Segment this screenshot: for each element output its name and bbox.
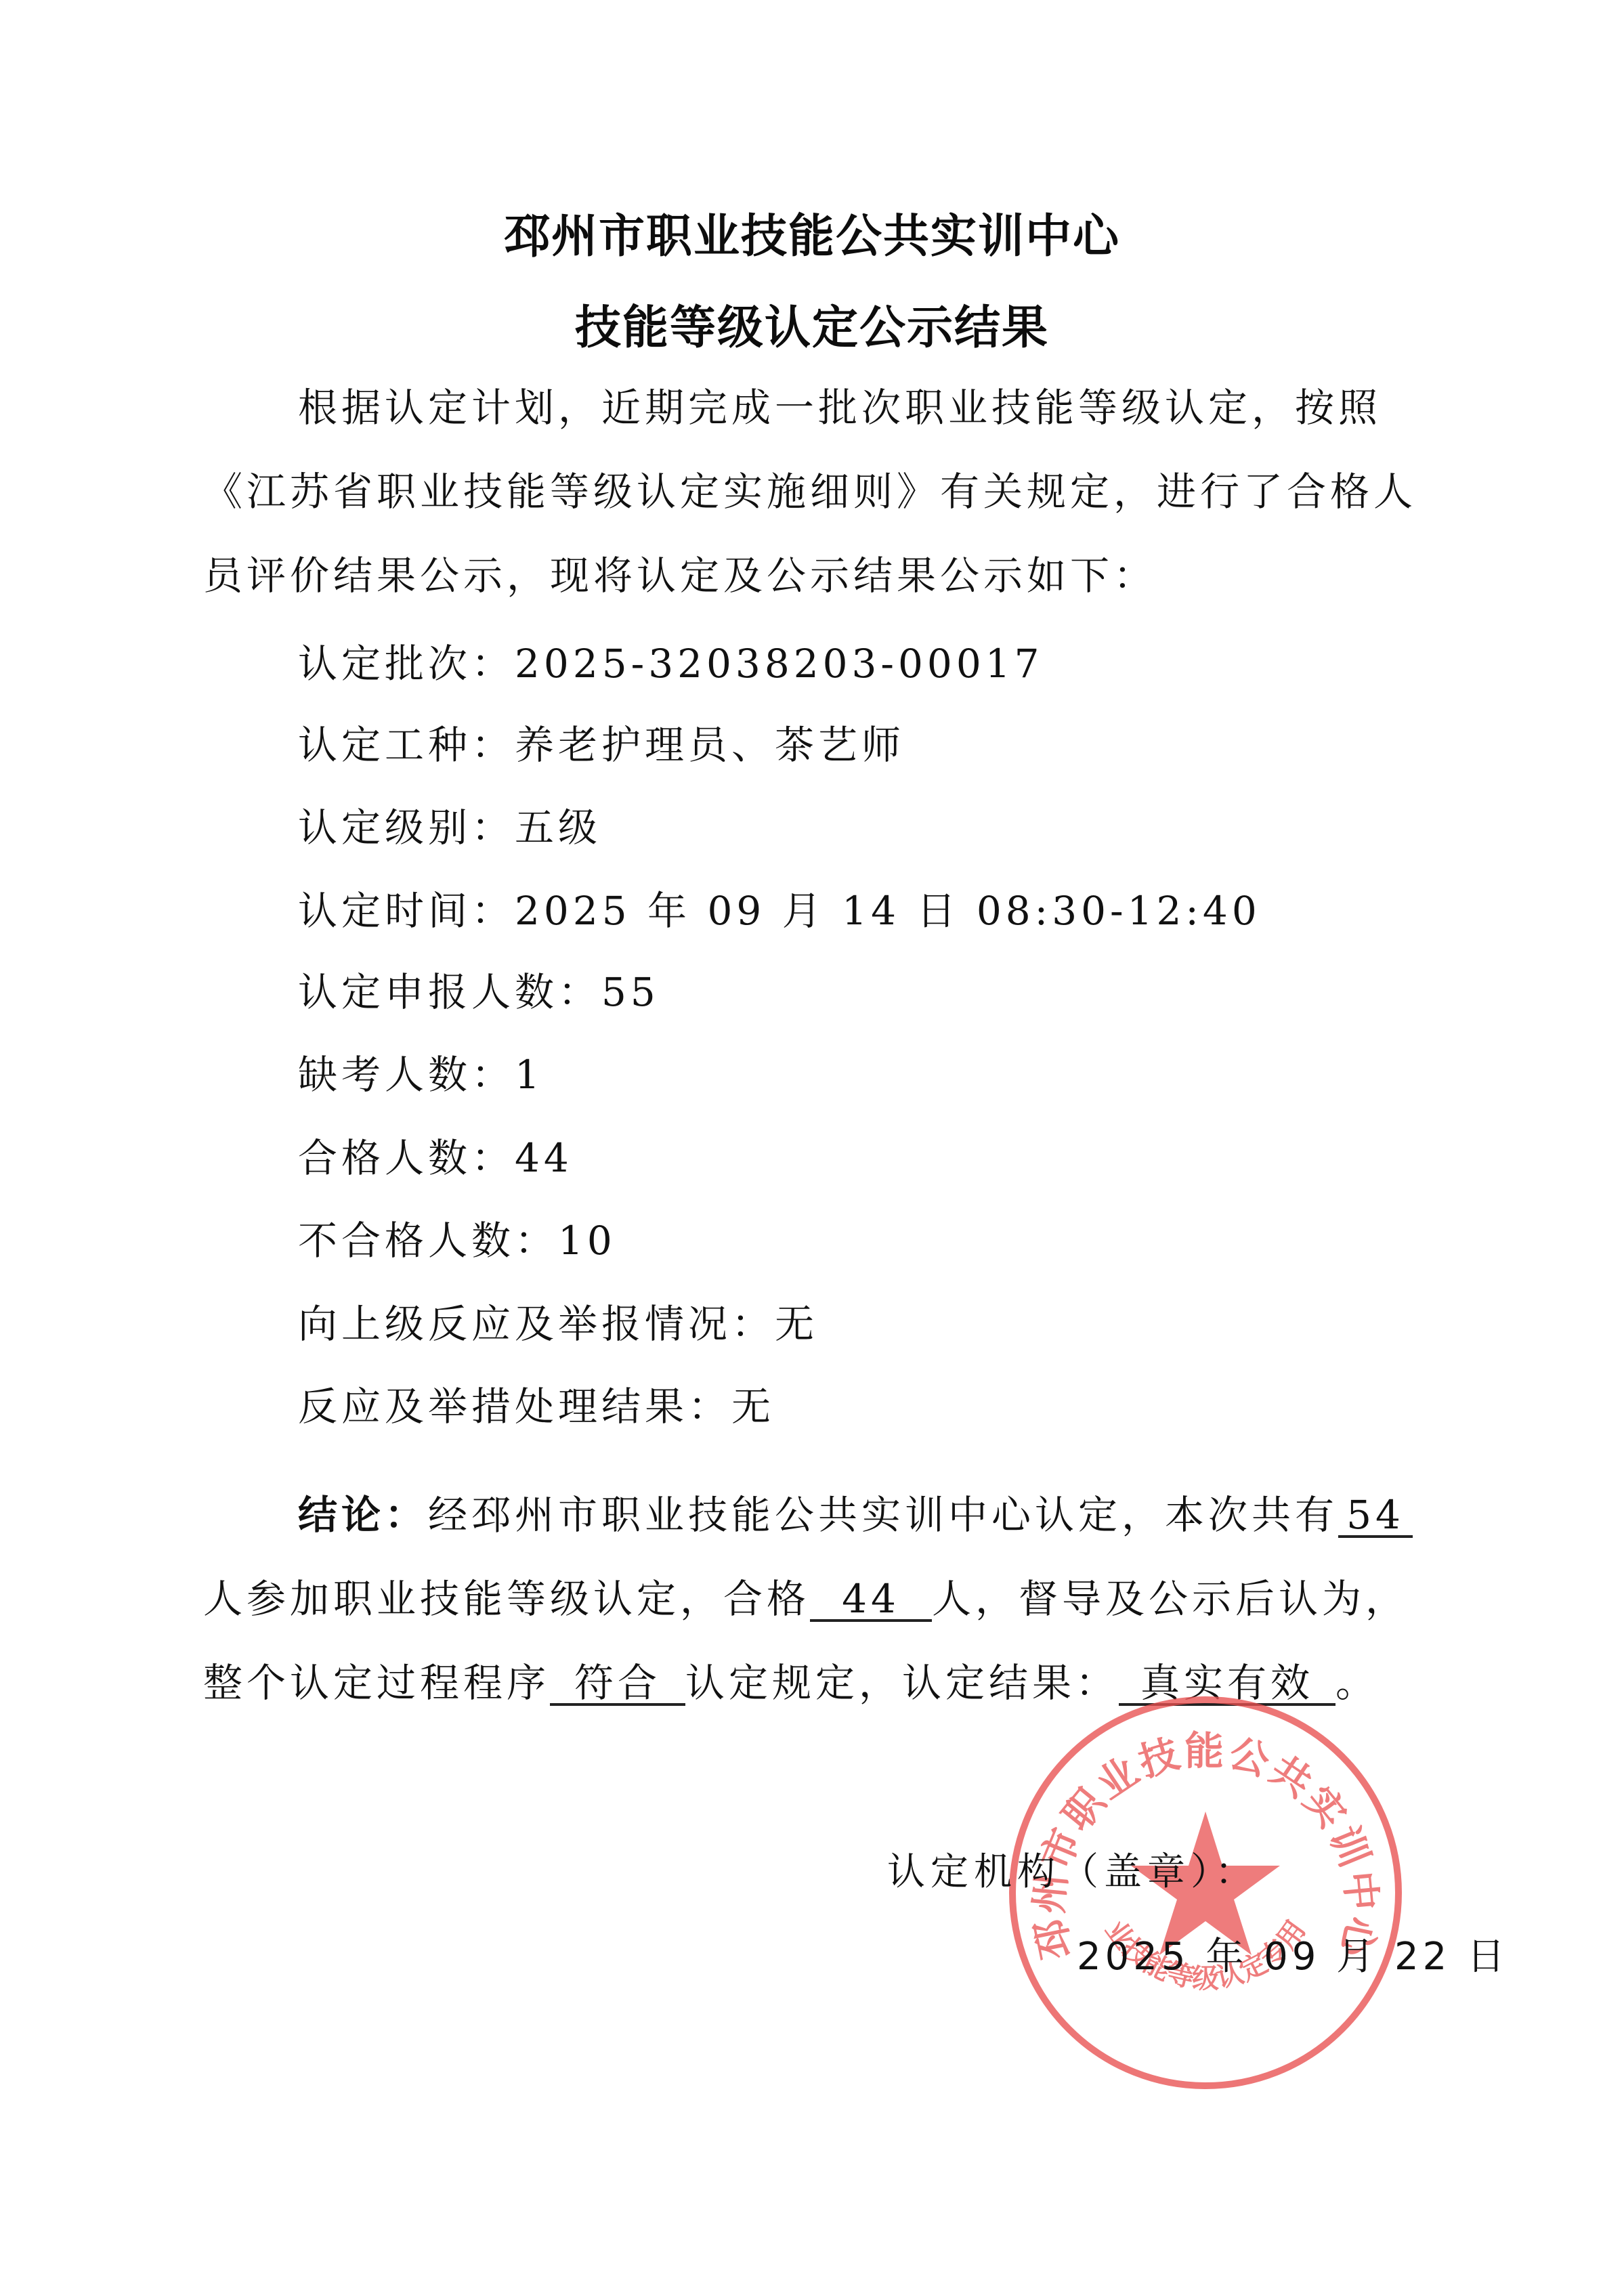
field-value: 55 [601,969,660,1015]
document-subtitle: 技能等级认定公示结果 [0,291,1624,357]
field-value: 44 [515,1135,573,1181]
field-label: 认定时间： [298,888,515,934]
field-time: 认定时间：2025 年 09 月 14 日 08:30-12:40 [298,887,1261,935]
conclusion-text: 。 [1335,1660,1379,1706]
certifying-body-label: 认定机构（盖章）： [887,1842,1258,1896]
field-value: 10 [558,1218,616,1264]
field-value: 无 [731,1384,775,1430]
field-handling: 反应及举措处理结果：无 [298,1383,775,1430]
document-page: 邳州市职业技能公共实训中心 技能等级认定公示结果 根据认定计划，近期完成一批次职… [0,0,1624,2295]
conclusion-lead: 结论： [203,1492,428,1538]
document-title: 邳州市职业技能公共实训中心 [0,200,1624,265]
field-label: 认定申报人数： [298,969,601,1015]
field-level: 认定级别：五级 [298,804,601,851]
conclusion-text: 经邳州市职业技能公共实训中心认定，本次共有 [428,1492,1338,1538]
field-value: 无 [775,1301,818,1347]
conclusion-paragraph: 结论：经邳州市职业技能公共实训中心认定，本次共有54人参加职业技能等级认定，合格… [203,1473,1422,1725]
intro-paragraph: 根据认定计划，近期完成一批次职业技能等级认定，按照《江苏省职业技能等级认定实施细… [203,366,1422,618]
field-label: 向上级反应及举报情况： [298,1301,775,1347]
field-label: 缺考人数： [298,1052,515,1098]
field-passed: 合格人数：44 [298,1134,573,1182]
field-label: 认定工种： [298,722,515,768]
field-value: 养老护理员、茶艺师 [515,722,905,768]
field-label: 认定级别： [298,805,515,851]
field-value: 1 [515,1052,544,1098]
signature-date: 2025 年 09 月 22 日 [1077,1927,1509,1981]
conclusion-text: 认定规定，认定结果： [685,1660,1119,1706]
field-reports: 向上级反应及举报情况：无 [298,1300,818,1348]
field-batch: 认定批次：2025-32038203-00017 [298,640,1044,687]
field-value: 2025 年 09 月 14 日 08:30-12:40 [515,888,1261,934]
field-applicants: 认定申报人数：55 [298,968,660,1016]
field-label: 合格人数： [298,1135,515,1181]
field-absent: 缺考人数：1 [298,1051,544,1098]
field-occupation: 认定工种：养老护理员、茶艺师 [298,721,905,769]
compliance-value: 符合 [550,1663,685,1706]
field-value: 2025-32038203-00017 [515,641,1044,687]
conclusion-text: 人参加职业技能等级认定，合格 [203,1576,810,1622]
field-failed: 不合格人数：10 [298,1217,616,1264]
passed-count-value: 44 [810,1579,932,1622]
field-label: 反应及举措处理结果： [298,1384,731,1430]
field-label: 不合格人数： [298,1218,558,1264]
total-participants-value: 54 [1338,1495,1413,1538]
field-value: 五级 [515,805,601,851]
field-label: 认定批次： [298,641,515,687]
